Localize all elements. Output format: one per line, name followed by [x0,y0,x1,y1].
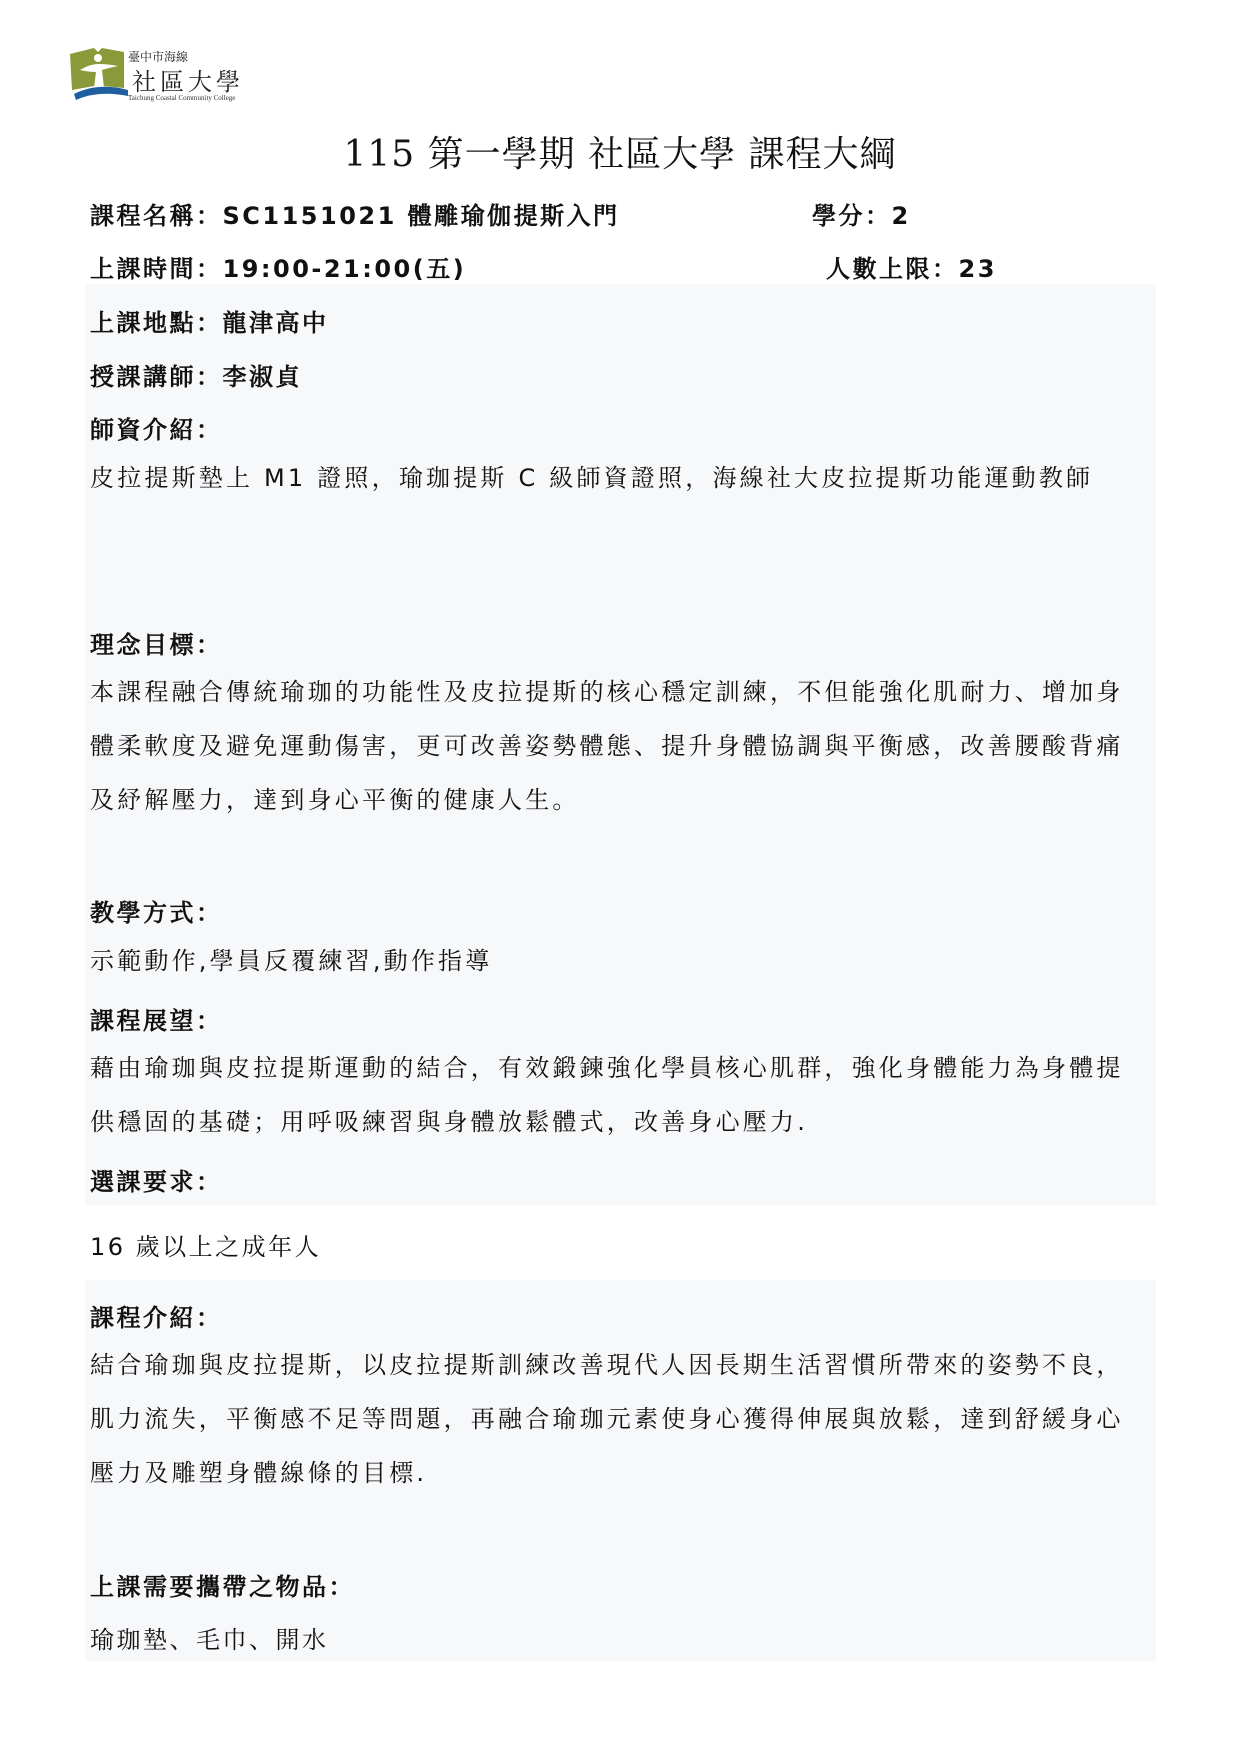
logo-emblem-icon [68,44,128,102]
page-title: 115 第一學期 社區大學 課程大綱 [0,126,1240,177]
course-name-label: 課程名稱： [90,202,223,230]
location-value: 龍津高中 [223,309,329,337]
course-intro-heading: 課程介紹： [90,1298,223,1333]
teaching-method-heading: 教學方式： [90,893,223,928]
items-to-bring-body: 瑜珈墊、毛巾、開水 [90,1620,329,1655]
credits-value: 2 [892,202,911,230]
location-row: 上課地點：龍津高中 [90,303,329,338]
items-to-bring-heading: 上課需要攜帶之物品： [90,1567,355,1602]
course-name-value: SC1151021 體雕瑜伽提斯入門 [223,202,620,230]
logo-main-text: 社區大學 [132,62,244,97]
outlook-body: 藉由瑜珈與皮拉提斯運動的結合，有效鍛鍊強化學員核心肌群，強化身體能力為身體提供穩… [90,1041,1150,1149]
time-label: 上課時間： [90,255,223,283]
location-label: 上課地點： [90,309,223,337]
logo-english-text: Taichung Coastal Community College [128,94,235,102]
requirements-heading: 選課要求： [90,1162,223,1197]
college-logo: 臺中市海線 社區大學 Taichung Coastal Community Co… [68,44,268,104]
teacher-intro-body: 皮拉提斯墊上 M1 證照，瑜珈提斯 C 級師資證照，海線社大皮拉提斯功能運動教師 [90,451,1150,505]
instructor-row: 授課講師：李淑貞 [90,357,302,392]
course-name-row: 課程名稱：SC1151021 體雕瑜伽提斯入門 [90,196,620,231]
capacity-row: 人數上限：23 [826,249,997,284]
course-intro-body: 結合瑜珈與皮拉提斯，以皮拉提斯訓練改善現代人因長期生活習慣所帶來的姿勢不良，肌力… [90,1338,1150,1500]
requirements-body: 16 歲以上之成年人 [90,1227,321,1262]
goals-heading: 理念目標： [90,625,223,660]
teaching-method-body: 示範動作,學員反覆練習,動作指導 [90,934,1150,988]
goals-body: 本課程融合傳統瑜珈的功能性及皮拉提斯的核心穩定訓練，不但能強化肌耐力、增加身體柔… [90,665,1150,827]
instructor-value: 李淑貞 [223,363,303,391]
credits-label: 學分： [812,202,892,230]
capacity-value: 23 [959,255,997,283]
credits-row: 學分：2 [812,196,911,231]
capacity-label: 人數上限： [826,255,959,283]
instructor-label: 授課講師： [90,363,223,391]
time-value: 19:00-21:00(五) [223,255,467,283]
outlook-heading: 課程展望： [90,1001,223,1036]
time-row: 上課時間：19:00-21:00(五) [90,249,466,284]
teacher-intro-heading: 師資介紹： [90,410,223,445]
